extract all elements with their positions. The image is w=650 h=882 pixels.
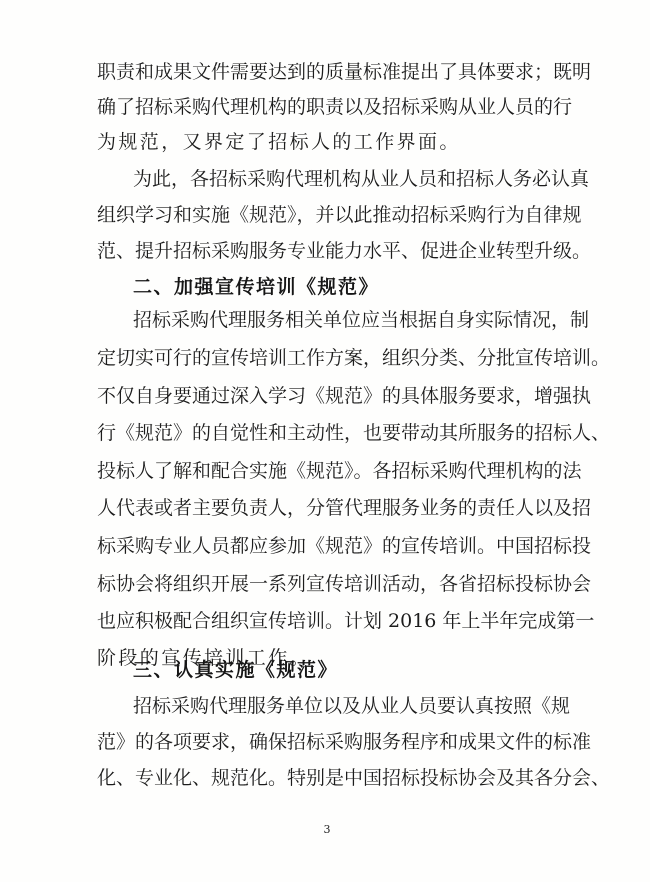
text-line: 标协会将组织开展一系列宣传培训活动，各省招标投标协会 (97, 569, 549, 599)
page-number: 3 (321, 823, 333, 836)
text-line: 不仅自身要通过深入学习《规范》的具体服务要求，增强执 (97, 381, 549, 411)
text-line: 为规范，又界定了招标人的工作界面。 (97, 127, 549, 157)
document-page: 职责和成果文件需要达到的质量标准提出了具体要求；既明 确了招标采购代理机构的职责… (0, 0, 650, 882)
section-heading: 二、加强宣传培训《规范》 (133, 272, 379, 302)
text-line: 为此，各招标采购代理机构从业人员和招标人务必认真 (133, 164, 549, 194)
text-line: 职责和成果文件需要达到的质量标准提出了具体要求；既明 (97, 57, 549, 87)
section-heading: 三、认真实施《规范》 (133, 655, 338, 685)
text-line: 人代表或者主要负责人，分管代理服务业务的责任人以及招 (97, 493, 549, 523)
text-line: 行《规范》的自觉性和主动性，也要带动其所服务的招标人、 (97, 418, 549, 448)
text-line: 确了招标采购代理机构的职责以及招标采购从业人员的行 (97, 92, 549, 122)
text-line: 范、提升招标采购服务专业能力水平、促进企业转型升级。 (97, 236, 549, 266)
text-line: 标采购专业人员都应参加《规范》的宣传培训。中国招标投 (97, 531, 549, 561)
text-line: 定切实可行的宣传培训工作方案，组织分类、分批宣传培训。 (97, 343, 549, 373)
text-line: 组织学习和实施《规范》，并以此推动招标采购行为自律规 (97, 200, 549, 230)
text-line: 投标人了解和配合实施《规范》。各招标采购代理机构的法 (97, 456, 549, 486)
text-line: 招标采购代理服务相关单位应当根据自身实际情况，制 (133, 305, 549, 335)
text-line: 也应积极配合组织宣传培训。计划 2016 年上半年完成第一 (97, 606, 549, 636)
text-line: 化、专业化、规范化。特别是中国招标投标协会及其各分会、 (97, 763, 549, 793)
text-line: 范》的各项要求，确保招标采购服务程序和成果文件的标准 (97, 727, 549, 757)
text-line: 招标采购代理服务单位以及从业人员要认真按照《规 (133, 691, 549, 721)
